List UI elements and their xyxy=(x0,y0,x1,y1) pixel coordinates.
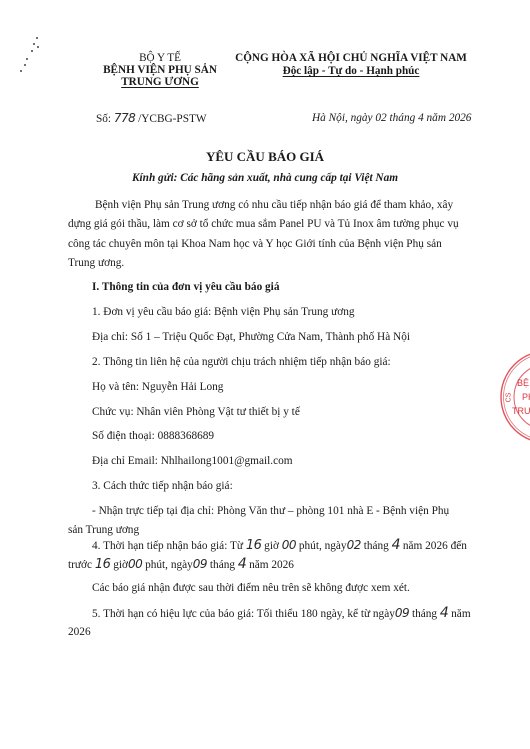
contact-name: Họ và tên: Nguyễn Hải Long xyxy=(92,380,223,394)
stamp-text: BỆ PH TRU xyxy=(512,376,530,418)
contact-info-heading: 2. Thông tin liên hệ của người chịu trác… xyxy=(92,355,391,369)
handwritten-day-start: 02 xyxy=(347,538,361,552)
handwritten-validity-day: 09 xyxy=(395,606,409,620)
recipient-line: Kính gửi: Các hãng sản xuất, nhà cung cấ… xyxy=(0,172,530,184)
contact-phone: Số điện thoại: 0888368689 xyxy=(92,429,214,443)
contact-position: Chức vụ: Nhân viên Phòng Vật tư thiết bị… xyxy=(92,405,300,419)
deadline-line-1: 4. Thời hạn tiếp nhận báo giá: Từ 16 giờ… xyxy=(92,538,467,553)
hospital-name-line1: BỆNH VIỆN PHỤ SẢN xyxy=(85,64,235,76)
handwritten-hour-end: 16 xyxy=(95,557,111,572)
document-title: YÊU CẦU BÁO GIÁ xyxy=(0,149,530,165)
validity-line-1: 5. Thời hạn có hiệu lực của báo giá: Tối… xyxy=(92,606,471,621)
intro-line-1: Bệnh viện Phụ sản Trung ương có nhu cầu … xyxy=(95,198,453,212)
official-stamp: BỆ PH TRU CS xyxy=(500,350,530,450)
intro-line-2: dựng giá gói thầu, làm cơ sở tổ chức mua… xyxy=(68,217,459,231)
document-number: Số: 778 /YCBG-PSTW xyxy=(96,111,207,126)
receiving-method-line-2: sản Trung ương xyxy=(68,523,139,537)
requesting-unit: 1. Đơn vị yêu cầu báo giá: Bệnh viện Phụ… xyxy=(92,305,355,319)
handwritten-day-end: 09 xyxy=(193,557,207,571)
intro-line-3: công tác chuyên môn tại Khoa Nam học và … xyxy=(68,237,442,251)
contact-email-row: Địa chỉ Email: Nhlhailong1001@gmail.com xyxy=(92,454,293,468)
stamp-side-text: CS xyxy=(505,393,512,403)
late-submission-note: Các báo giá nhận được sau thời điểm nêu … xyxy=(92,581,410,595)
receiving-method-line-1: - Nhận trực tiếp tại địa chỉ: Phòng Văn … xyxy=(92,504,449,518)
intro-line-4: Trung ương. xyxy=(68,256,124,270)
unit-address: Địa chỉ: Số 1 – Triệu Quốc Đạt, Phường C… xyxy=(92,330,410,344)
handwritten-hour-start: 16 xyxy=(246,538,262,553)
place-date: Hà Nội, ngày 02 tháng 4 năm 2026 xyxy=(312,111,471,125)
issuer-block: BỘ Y TẾ BỆNH VIỆN PHỤ SẢN TRUNG ƯƠNG xyxy=(85,52,235,88)
ministry-name: BỘ Y TẾ xyxy=(85,52,235,64)
handwritten-minute-end: 00 xyxy=(128,557,142,571)
handwritten-number: 778 xyxy=(114,111,135,125)
receiving-method-heading: 3. Cách thức tiếp nhận báo giá: xyxy=(92,479,233,493)
hospital-name-line2: TRUNG ƯƠNG xyxy=(85,76,235,88)
deadline-line-2: trước 16 giờ00 phút, ngày09 tháng 4 năm … xyxy=(68,557,294,572)
national-motto: Độc lập - Tự do - Hạnh phúc xyxy=(232,65,470,78)
validity-line-2: 2026 xyxy=(68,625,91,639)
national-title: CỘNG HÒA XÃ HỘI CHỦ NGHĨA VIỆT NAM xyxy=(232,52,470,65)
national-header: CỘNG HÒA XÃ HỘI CHỦ NGHĨA VIỆT NAM Độc l… xyxy=(232,52,470,78)
handwritten-minute-start: 00 xyxy=(282,538,296,552)
handwritten-month-start: 4 xyxy=(392,537,400,553)
handwritten-month-end: 4 xyxy=(238,556,246,572)
email-link[interactable]: Nhlhailong1001@gmail.com xyxy=(161,455,293,467)
section-1-heading: I. Thông tin của đơn vị yêu cầu báo giá xyxy=(92,280,279,294)
